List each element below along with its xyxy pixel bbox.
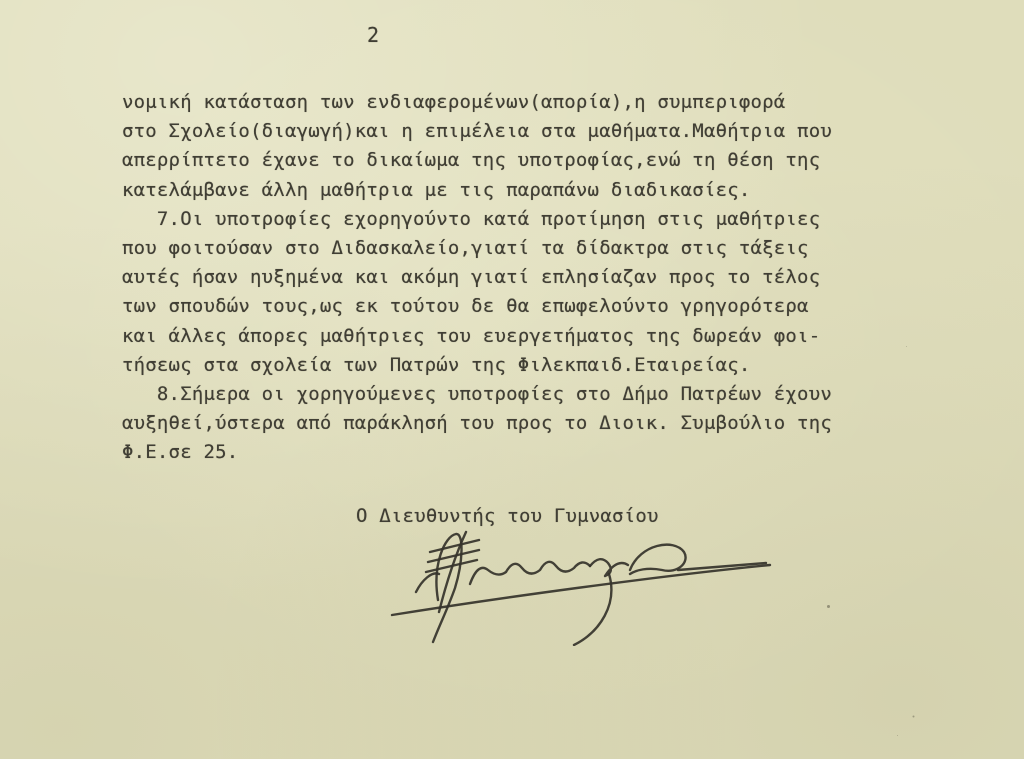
- text-line: που φοιτούσαν στο Διδασκαλείο,γιατί τα δ…: [122, 234, 832, 263]
- text-line: τήσεως στα σχολεία των Πατρών της Φιλεκπ…: [122, 351, 832, 380]
- text-line: των σπουδών τους,ως εκ τούτου δε θα επωφ…: [122, 292, 832, 321]
- text-line: 7.Οι υποτροφίες εχορηγούντο κατά προτίμη…: [122, 205, 832, 234]
- text-line: στο Σχολείο(διαγωγή)και η επιμέλεια στα …: [122, 117, 832, 146]
- page-number: 2: [352, 23, 394, 47]
- text-line: αυξηθεί,ύστερα από παράκλησή του προς το…: [122, 409, 832, 438]
- text-line: κατελάμβανε άλλη μαθήτρια με τις παραπάν…: [122, 176, 832, 205]
- text-line: απερρίπτετο έχανε το δικαίωμα της υποτρο…: [122, 146, 832, 175]
- text-line: νομική κατάσταση των ενδιαφερομένων(απορ…: [122, 88, 832, 117]
- text-line: αυτές ήσαν ηυξημένα και ακόμη γιατί επλη…: [122, 263, 832, 292]
- paper-speck: [827, 605, 830, 608]
- text-line: 8.Σήμερα οι χορηγούμενες υποτροφίες στο …: [122, 380, 832, 409]
- text-line: και άλλες άπορες μαθήτριες του ευεργετήμ…: [122, 322, 832, 351]
- text-line: Φ.Ε.σε 25.: [122, 438, 832, 467]
- handwritten-signature: [378, 518, 778, 646]
- document-body: νομική κατάσταση των ενδιαφερομένων(απορ…: [122, 88, 832, 467]
- document-page: 2 νομική κατάσταση των ενδιαφερομένων(απ…: [0, 0, 1024, 759]
